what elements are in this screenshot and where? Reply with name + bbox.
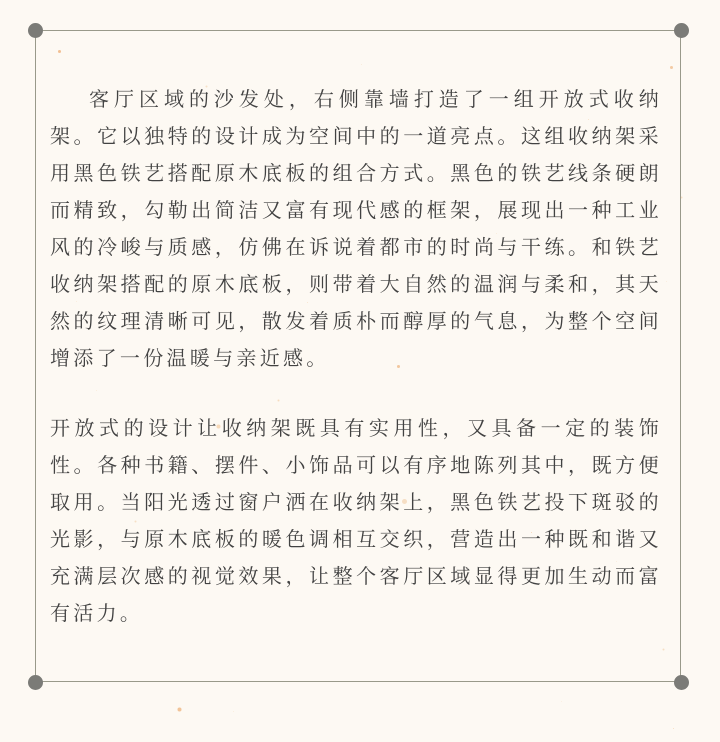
frame-corner-dot-bottom-right (674, 675, 689, 690)
text-line: 光影，与原木底板的暖色调相互交织，营造出一种既和谐又 (50, 521, 662, 558)
text-line: 然的纹理清晰可见，散发着质朴而醇厚的气息，为整个空间 (50, 303, 662, 340)
text-line: 客厅区域的沙发处，右侧靠墙打造了一组开放式收纳 (50, 81, 662, 118)
text-line: 用黑色铁艺搭配原木底板的组合方式。黑色的铁艺线条硬朗 (50, 155, 662, 192)
text-line: 充满层次感的视觉效果，让整个客厅区域显得更加生动而富 (50, 558, 662, 595)
speckle-decoration (0, 0, 3, 3)
frame-corner-dot-top-right (674, 23, 689, 38)
frame-corner-dot-bottom-left (28, 675, 43, 690)
text-line: 风的冷峻与质感，仿佛在诉说着都市的时尚与干练。和铁艺 (50, 229, 662, 266)
text-line: 有活力。 (50, 595, 662, 632)
article-body: 客厅区域的沙发处，右侧靠墙打造了一组开放式收纳 架。它以独特的设计成为空间中的一… (50, 81, 662, 632)
text-line: 而精致，勾勒出简洁又富有现代感的框架，展现出一种工业 (50, 192, 662, 229)
text-line: 架。它以独特的设计成为空间中的一道亮点。这组收纳架采 (50, 118, 662, 155)
text-line: 性。各种书籍、摆件、小饰品可以有序地陈列其中，既方便 (50, 447, 662, 484)
text-line: 收纳架搭配的原木底板，则带着大自然的温润与柔和，其天 (50, 266, 662, 303)
page: 客厅区域的沙发处，右侧靠墙打造了一组开放式收纳 架。它以独特的设计成为空间中的一… (0, 0, 720, 742)
paragraph-2: 开放式的设计让收纳架既具有实用性，又具备一定的装饰 性。各种书籍、摆件、小饰品可… (50, 410, 662, 632)
text-line: 增添了一份温暖与亲近感。 (50, 340, 662, 377)
text-line: 取用。当阳光透过窗户洒在收纳架上，黑色铁艺投下斑驳的 (50, 484, 662, 521)
paragraph-1: 客厅区域的沙发处，右侧靠墙打造了一组开放式收纳 架。它以独特的设计成为空间中的一… (50, 81, 662, 377)
text-line: 开放式的设计让收纳架既具有实用性，又具备一定的装饰 (50, 410, 662, 447)
frame-corner-dot-top-left (28, 23, 43, 38)
